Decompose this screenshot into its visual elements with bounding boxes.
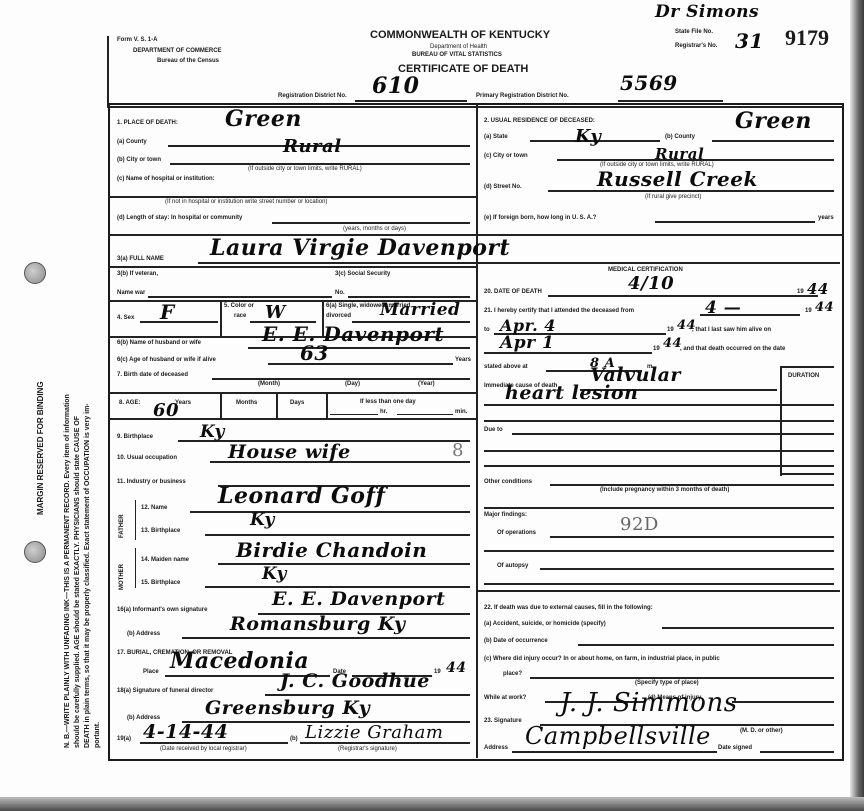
spouse-line [248,347,470,349]
spouse-label: 6(b) Name of husband or wife [117,340,201,347]
stay-line [272,222,470,224]
foreign-unit: years [818,215,834,222]
foreign-line [655,221,815,223]
where-label-2: place? [503,671,522,678]
age-col-divider-3 [326,393,328,418]
other-label: Other conditions [484,479,532,486]
operations-line [550,536,834,538]
primary-district-value: 5569 [620,71,678,95]
residence-county-value: Green [735,108,812,134]
father-birth-value: Ky [250,510,275,530]
registrar-no-label: Registrar's No. [675,43,717,50]
other-line [550,484,834,486]
date-signed-line [760,751,834,753]
means-line [732,701,834,703]
spouse-age-line [268,363,453,365]
veteran-label: 3(b) If veteran, [117,271,158,278]
father-birth-label: 13. Birthplace [141,528,180,535]
row-divider-birth [108,392,478,394]
reg-district-value: 610 [372,73,419,99]
attend-to-label: to [484,327,490,334]
residence-city-label: (c) City or town [484,153,528,160]
immediate-value-2: heart lesion [505,382,638,404]
birthplace-value: Ky [200,422,225,442]
other-hint: (Include pregnancy within 3 months of de… [600,487,729,494]
residence-county-line [712,140,834,142]
state-title: COMMONWEALTH OF KENTUCKY [370,29,550,41]
full-name-line [198,262,840,264]
age-col-divider-1 [220,393,222,418]
binding-hole-top [24,262,46,284]
autopsy-line [540,568,834,570]
father-name-label: 12. Name [141,505,167,512]
hospital-label: (c) Name of hospital or institution: [117,176,215,183]
mother-name-line [218,563,470,565]
father-name-value: Leonard Goff [218,483,385,509]
age-label: 8. AGE: [119,400,140,407]
date-signed-label: Date signed [718,745,752,752]
mother-brace [135,548,136,588]
where-hint: (Specify type of place) [635,680,699,687]
death-city-value: Rural [283,136,342,157]
last-saw-year-prefix: 19 [653,346,660,353]
age-hr: hr. [380,409,387,416]
findings-code: 92D [620,514,659,535]
father-brace [135,500,136,540]
burial-year-prefix: 19 [434,669,441,676]
scan-edge-right [850,0,864,811]
last-saw-value: Apr 1 [500,333,554,353]
funeral-value: J. C. Goodhue [280,670,430,692]
operations-label: Of operations [497,530,536,537]
registrar-sig-hint: (Registrar's signature) [338,746,397,753]
scan-edge-bottom [0,797,864,811]
mother-name-label: 14. Maiden name [141,557,189,564]
mother-name-value: Birdie Chandoin [236,538,427,562]
residence-county-label: (b) County [665,134,695,141]
burial-place-label: Place [143,669,159,676]
occupation-label: 10. Usual occupation [117,455,177,462]
death-city-hint: (If outside city or town limits, write R… [248,166,362,173]
address-label: Address [484,745,508,752]
full-name-label: 3(a) FULL NAME [117,256,164,263]
margin-instructions-3: DEATH in plain terms, so that it may be … [83,403,92,748]
other-line-2 [484,507,834,509]
age-months-label: Months [236,400,257,407]
industry-label: 11. Industry or business [117,479,186,486]
form-left-rule [107,36,109,108]
attend-from-year: 44 [815,300,834,315]
attend-from-value: 4 — [705,298,741,318]
last-saw-label: , that I last saw him alive on [692,327,771,334]
received-label: 19(a) [117,736,131,743]
informant-value: E. E. Davenport [272,588,445,610]
marital-label-2: divorced [326,313,351,320]
occurred-label: , and that death occurred on the date [680,346,785,353]
duration-label: DURATION [788,373,819,380]
stay-hint: (years, months or days) [343,226,406,233]
foreign-label: (e) If foreign born, how long in U. S. A… [484,215,596,222]
where-label-1: (c) Where did injury occur? In or about … [484,656,720,663]
form-number: Form V. S. 1-A [117,37,157,44]
war-line [148,296,332,298]
date-death-year: 44 [807,280,829,298]
work-label: While at work? [484,695,526,702]
age-less-day: If less than one day [360,399,416,406]
sex-race-divider [220,300,222,336]
date-death-line [548,295,818,297]
registrar-sig-value: Lizzie Graham [305,722,443,743]
autopsy-label: Of autopsy [497,563,528,570]
funeral-line [265,694,470,696]
primary-district-line [618,100,723,102]
sex-value: F [160,300,175,324]
due-line [512,433,834,435]
received-value: 4-14-44 [143,721,228,743]
top-annotation: Dr Simons [655,2,759,22]
residence-state-label: (a) State [484,134,508,141]
age-min-line [397,414,453,415]
accident-label: (a) Accident, suicide, or homicide (spec… [484,621,606,628]
birth-year: (Year) [418,381,435,388]
row-divider-name [108,266,478,268]
bureau-vital-stats: BUREAU OF VITAL STATISTICS [412,52,502,59]
mother-side-label: MOTHER [119,564,125,590]
race-label-2: race [234,313,246,320]
death-county-label: (a) County [117,139,147,146]
age-days-label: Days [290,400,304,407]
accident-line [662,627,834,629]
birth-day: (Day) [345,381,360,388]
registrar-sig-label: (b) [290,736,298,743]
center-divider [476,105,478,758]
place-of-death-heading: 1. PLACE OF DEATH: [117,120,178,127]
date-death-value: 4/10 [628,273,674,294]
address-line [512,751,717,753]
margin-instructions-2: should be carefully supplied. AGE should… [73,416,82,748]
birth-month: (Month) [258,381,280,388]
row-divider-age [108,418,478,420]
sig-value: J. J. Simmons [560,688,738,718]
age-col-divider-2 [276,393,278,418]
sig-hint: (M. D. or other) [740,728,783,735]
race-label-1: 5. Color or [224,303,254,310]
stated-label: stated above at [484,364,528,371]
mother-birth-label: 15. Birthplace [141,580,180,587]
address-value: Campbellsville [525,722,711,750]
death-county-value: Green [225,106,302,132]
sex-label: 4. Sex [117,315,134,322]
marital-value: Married [380,300,460,320]
informant-addr-label: (b) Address [127,631,160,638]
sex-line [140,321,218,323]
race-value: W [265,302,286,323]
cause-line-2 [484,404,834,406]
attend-label: 21. I hereby certify that I attended the… [484,308,634,315]
age-min: min. [455,409,467,416]
primary-district-label: Primary Registration District No. [476,93,569,100]
spouse-age-value: 63 [300,341,329,365]
stay-label: (d) Length of stay: In hospital or commu… [117,215,242,222]
residence-state-value: Ky [575,126,601,147]
residence-heading: 2. USUAL RESIDENCE OF DECEASED: [484,118,595,125]
residence-city-value: Rural [655,145,704,163]
occurrence-line [578,644,834,646]
registrar-no-value: 31 [735,29,764,53]
birth-label: 7. Birth date of deceased [117,372,188,379]
age-hr-line [330,414,378,415]
attend-from-year-prefix: 19 [805,308,812,315]
dept-health: Department of Health [430,44,487,51]
spouse-age-unit: Years [455,357,471,364]
spouse-value: E. E. Davenport [262,322,444,346]
mother-birth-value: Ky [262,564,287,584]
reg-district-line [355,100,467,102]
occurrence-label: (b) Date of occurrence [484,638,548,645]
dept-commerce: DEPARTMENT OF COMMERCE [133,48,222,55]
residence-street-value: Russell Creek [597,167,758,191]
margin-binding-label: MARGIN RESERVED FOR BINDING [36,381,45,515]
due-line-2 [484,450,834,452]
hospital-divider [108,196,476,198]
ssn-line [348,296,470,298]
findings-label: Major findings: [484,512,527,519]
funeral-label: 18(a) Signature of funeral director [117,688,213,695]
father-side-label: FATHER [119,514,125,538]
due-line-3 [484,465,834,467]
operations-line-2 [484,550,834,552]
duration-col-divider [780,366,782,476]
birthplace-label: 9. Birthplace [117,434,153,441]
due-label: Due to [484,427,503,434]
informant-addr-line [182,637,470,639]
binding-hole-bottom [24,541,46,563]
autopsy-line-2 [484,583,834,585]
duration-bottom-line [780,473,834,475]
father-name-line [190,511,470,513]
duration-top-line [780,366,834,368]
ssn-no-label: No. [335,290,345,297]
birth-line [212,378,470,380]
medical-section-divider [476,590,840,592]
margin-instructions-1: N. B.—WRITE PLAINLY WITH UNFADING INK—TH… [63,394,72,748]
father-birth-line [205,534,470,536]
death-city-line [170,163,470,165]
state-file-label: State File No. [675,29,713,36]
external-heading: 22. If death was due to external causes,… [484,605,653,612]
war-label: Name war [117,290,145,297]
funeral-addr-value: Greensburg Ky [205,697,370,719]
received-hint: (Date received by local registrar) [160,746,247,753]
death-city-label: (b) City or town [117,157,161,164]
occupation-value: House wife [228,441,351,463]
burial-year-value: 44 [446,660,466,676]
informant-label: 16(a) Informant's own signature [117,607,207,614]
bureau-census: Bureau of the Census [157,58,219,65]
date-death-label: 20. DATE OF DEATH [484,289,542,296]
residence-street-hint: (If rural give precinct) [645,194,701,201]
ssn-label: 3(c) Social Security [335,271,390,278]
reg-district-label: Registration District No. [278,93,347,100]
hospital-hint: (If not in hospital or institution write… [165,199,327,206]
informant-addr-value: Romansburg Ky [230,613,406,635]
occupation-code: 8 [452,440,464,461]
where-line [530,677,834,679]
attend-to-year-prefix: 19 [667,327,674,334]
margin-instructions-4: portant. [93,722,102,748]
state-file-value: 9179 [785,26,829,50]
date-death-year-prefix: 19 [797,289,804,296]
spouse-age-label: 6(c) Age of husband or wife if alive [117,357,216,364]
residence-street-label: (d) Street No. [484,184,522,191]
full-name-value: Laura Virgie Davenport [210,235,510,261]
cause-line-3 [484,420,834,422]
sig-label: 23. Signature [484,718,522,725]
